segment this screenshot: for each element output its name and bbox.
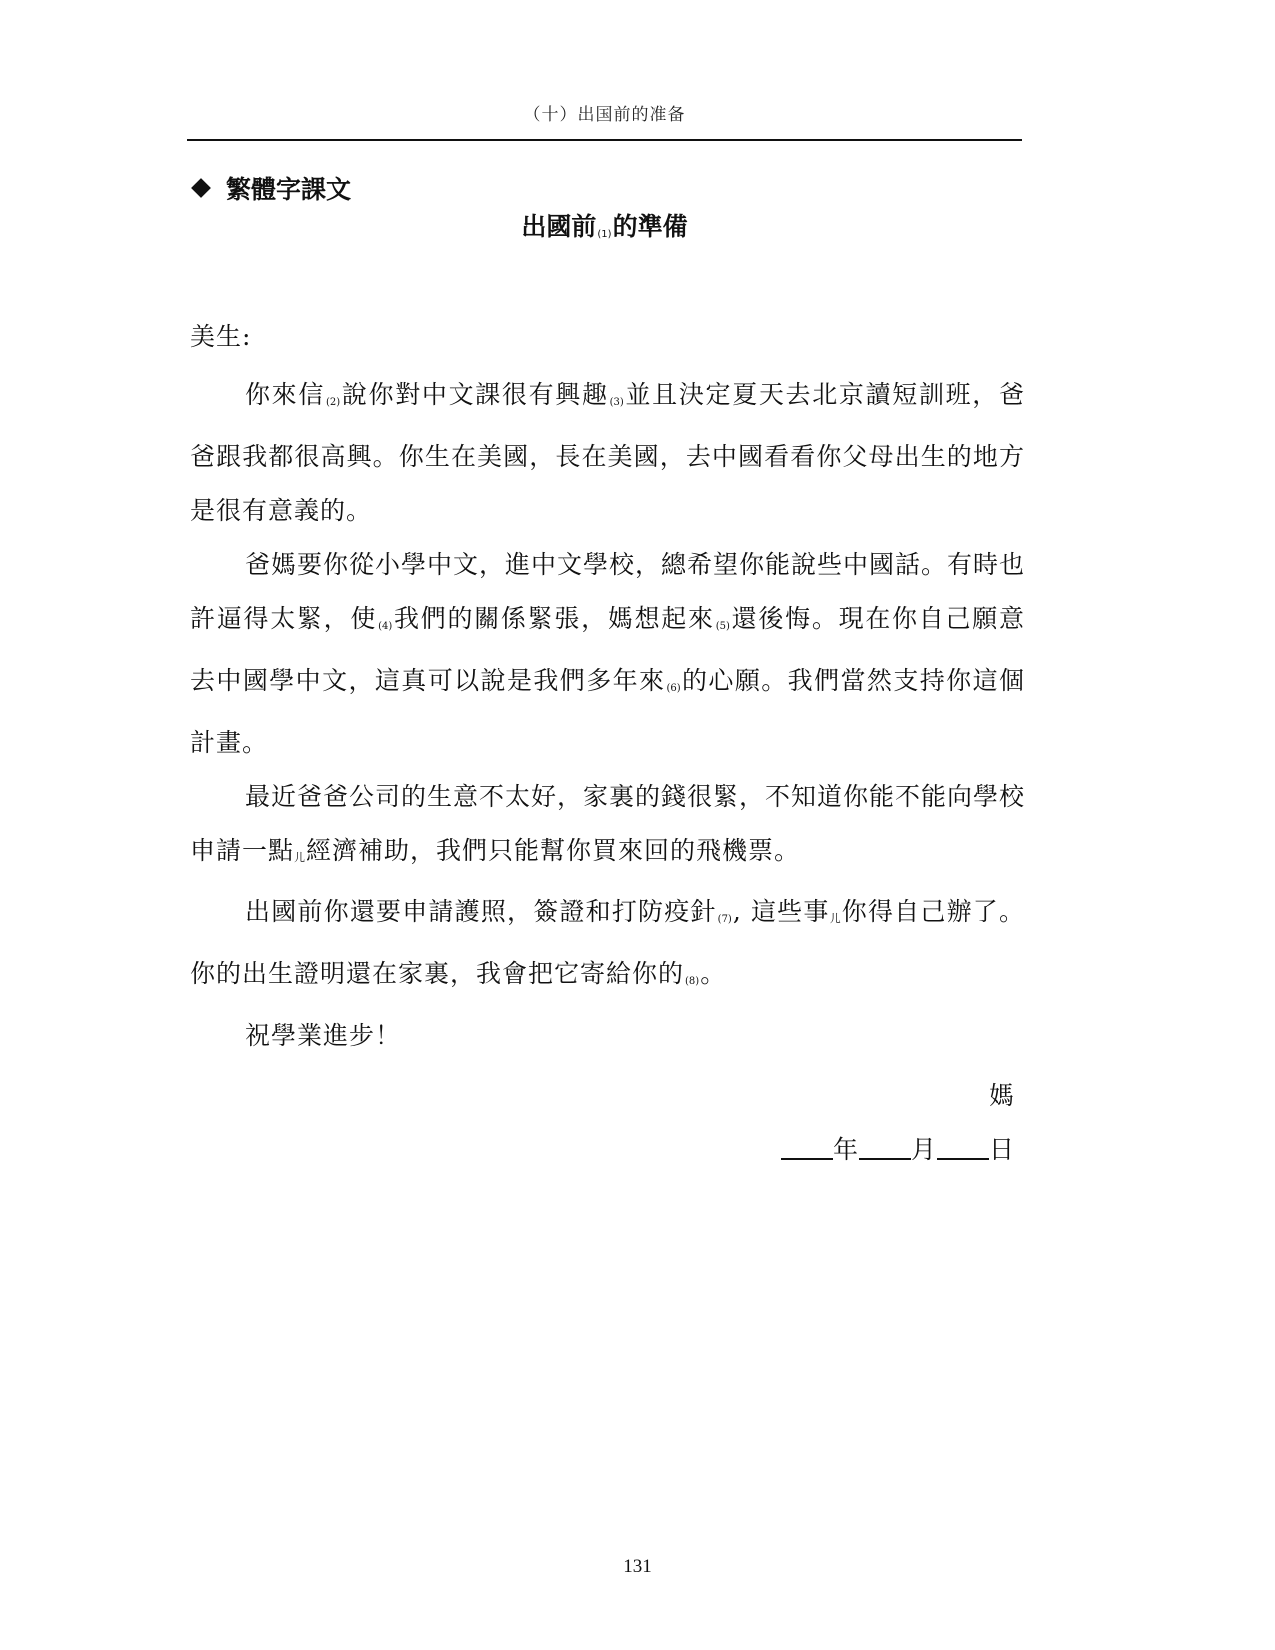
date-line: 年月日: [190, 1123, 1015, 1177]
lesson-title-part-2: 的準備: [613, 212, 688, 241]
footnote-marker: (5): [716, 621, 730, 632]
month-blank: [859, 1140, 911, 1160]
footnote-marker: (6): [666, 683, 680, 694]
text-run: 。: [700, 959, 726, 988]
salutation: 美生:: [190, 310, 1025, 364]
section-heading-label: 繁體字課文: [226, 170, 351, 206]
paragraph-3: 最近爸爸公司的生意不太好，家裏的錢很緊，不知道你能不能向學校申請一點儿經濟補助，…: [190, 770, 1025, 885]
footnote-marker: (4): [378, 621, 392, 632]
text-run: 經濟補助，我們只能幫你買來回的飛機票。: [306, 836, 800, 865]
text-run: 出國前你還要申請護照，簽證和打防疫針: [245, 897, 717, 926]
paragraph-2: 爸媽要你從小學中文，進中文學校，總希望你能說些中國話。有時也許逼得太緊，使(4)…: [190, 538, 1025, 770]
header-rule: [187, 139, 1022, 141]
text-run: 說你對中文課很有興趣: [341, 380, 608, 409]
footnote-marker: (7): [718, 914, 732, 925]
diamond-bullet-icon: [191, 178, 211, 198]
footnote-marker: (1): [597, 229, 611, 240]
lesson-title: 出國前(1)的準備: [187, 207, 1022, 243]
month-label: 月: [911, 1135, 937, 1164]
day-blank: [937, 1140, 989, 1160]
text-run: , 這些事: [733, 897, 830, 926]
footnote-marker: (8): [685, 976, 699, 987]
day-label: 日: [989, 1135, 1015, 1164]
text-run: 你來信: [245, 380, 325, 409]
year-blank: [781, 1140, 833, 1160]
section-heading: 繁體字課文: [190, 170, 351, 206]
paragraph-4: 出國前你還要申請護照，簽證和打防疫針(7), 這些事儿你得自己辦了。你的出生證明…: [190, 885, 1025, 1009]
closing: 祝學業進步！: [190, 1009, 1025, 1063]
year-label: 年: [833, 1135, 859, 1164]
running-header: （十）出国前的准备: [187, 100, 1022, 125]
paragraph-1: 你來信(2)說你對中文課很有興趣(3)並且決定夏天去北京讀短訓班，爸爸跟我都很高…: [190, 368, 1025, 538]
text-run: 我們的關係緊張，媽想起來: [393, 604, 714, 633]
signature: 媽: [190, 1069, 1015, 1123]
letter-body: 美生: 你來信(2)說你對中文課很有興趣(3)並且決定夏天去北京讀短訓班，爸爸跟…: [190, 310, 1025, 1177]
footnote-marker: (2): [326, 397, 340, 408]
page-number: 131: [0, 1556, 1275, 1578]
erhua-marker: 儿: [294, 851, 306, 864]
erhua-marker: 儿: [830, 912, 842, 925]
lesson-title-part-1: 出國前: [521, 212, 596, 241]
footnote-marker: (3): [610, 397, 624, 408]
